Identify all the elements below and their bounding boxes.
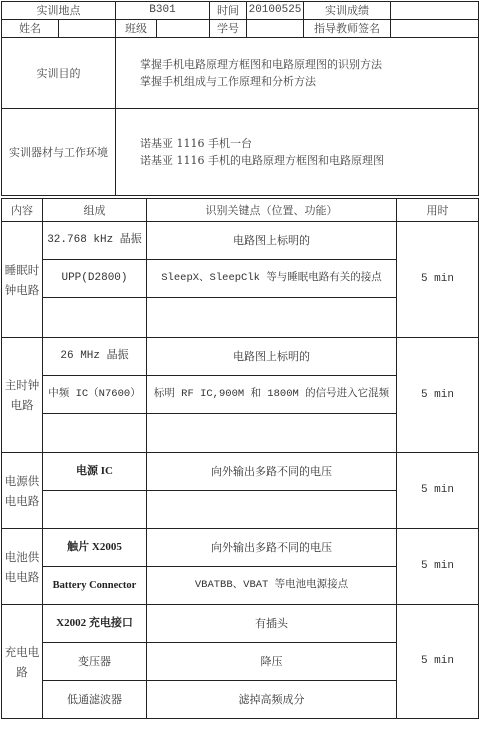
duration-cell: 5 min xyxy=(397,453,479,529)
component-cell[interactable] xyxy=(43,298,147,338)
circuit-identification-table: 内容 组成 识别关键点（位置、功能） 用时 睡眠时 钟电路 32.768 kHz… xyxy=(1,198,479,719)
table-row: 充电电 路 X2002 充电接口 有插头 5 min xyxy=(2,605,479,643)
table-header-row: 内容 组成 识别关键点（位置、功能） 用时 xyxy=(2,199,479,222)
info-row-2: 姓名 班级 学号 指导教师签名 xyxy=(2,20,479,38)
component-cell: 低通滤波器 xyxy=(43,681,147,719)
duration-cell: 5 min xyxy=(397,605,479,719)
equipment-content: 诺基亚 1116 手机一台 诺基亚 1116 手机的电路原理方框图和电路原理图 xyxy=(116,109,479,196)
teacher-sign-value[interactable] xyxy=(391,20,479,38)
component-cell: Battery Connector xyxy=(43,567,147,605)
score-value[interactable] xyxy=(391,2,479,20)
column-header-key-point: 识别关键点（位置、功能） xyxy=(147,199,397,222)
key-point-cell: 降压 xyxy=(147,643,397,681)
equipment-line: 诺基亚 1116 手机一台 xyxy=(140,135,478,152)
class-value[interactable] xyxy=(157,20,210,38)
duration-cell: 5 min xyxy=(397,529,479,605)
key-point-cell: VBATBB、VBAT 等电池电源接点 xyxy=(147,567,397,605)
key-point-cell: 有插头 xyxy=(147,605,397,643)
component-cell: 中频 IC（N7600） xyxy=(43,376,147,414)
component-cell: 26 MHz 晶振 xyxy=(43,338,147,376)
key-point-cell: 向外输出多路不同的电压 xyxy=(147,453,397,491)
key-point-cell[interactable] xyxy=(147,298,397,338)
key-point-cell: 电路图上标明的 xyxy=(147,338,397,376)
time-label: 时间 xyxy=(210,2,247,20)
key-point-cell: 滤掉高频成分 xyxy=(147,681,397,719)
purpose-content: 掌握手机电路原理方框图和电路原理图的识别方法 掌握手机组成与工作原理和分析方法 xyxy=(116,38,479,109)
table-row: 电池供 电电路 触片 X2005 向外输出多路不同的电压 5 min xyxy=(2,529,479,567)
component-cell: 32.768 kHz 晶振 xyxy=(43,222,147,260)
key-point-cell: 电路图上标明的 xyxy=(147,222,397,260)
key-point-cell[interactable] xyxy=(147,414,397,453)
category-battery-supply: 电池供 电电路 xyxy=(2,529,43,605)
component-cell: 变压器 xyxy=(43,643,147,681)
time-value[interactable]: 20100525 xyxy=(247,2,304,20)
category-charging: 充电电 路 xyxy=(2,605,43,719)
teacher-sign-label: 指导教师签名 xyxy=(304,20,391,38)
component-cell[interactable] xyxy=(43,491,147,529)
table-row: 主时钟 电路 26 MHz 晶振 电路图上标明的 5 min xyxy=(2,338,479,376)
score-label: 实训成绩 xyxy=(304,2,391,20)
category-main-clock: 主时钟 电路 xyxy=(2,338,43,453)
equipment-row: 实训器材与工作环境 诺基亚 1116 手机一台 诺基亚 1116 手机的电路原理… xyxy=(2,109,479,196)
duration-cell: 5 min xyxy=(397,222,479,338)
purpose-row: 实训目的 掌握手机电路原理方框图和电路原理图的识别方法 掌握手机组成与工作原理和… xyxy=(2,38,479,109)
component-cell[interactable] xyxy=(43,414,147,453)
component-cell: 电源 IC xyxy=(43,453,147,491)
training-info-table: 实训地点 B301 时间 20100525 实训成绩 姓名 班级 学号 指导教师… xyxy=(1,1,479,196)
purpose-label: 实训目的 xyxy=(2,38,116,109)
table-row: 睡眠时 钟电路 32.768 kHz 晶振 电路图上标明的 5 min xyxy=(2,222,479,260)
column-header-duration: 用时 xyxy=(397,199,479,222)
key-point-cell: SleepX、SleepClk 等与睡眠电路有关的接点 xyxy=(147,260,397,298)
info-row-1: 实训地点 B301 时间 20100525 实训成绩 xyxy=(2,2,479,20)
name-label: 姓名 xyxy=(2,20,59,38)
column-header-content: 内容 xyxy=(2,199,43,222)
component-cell: 触片 X2005 xyxy=(43,529,147,567)
component-cell: X2002 充电接口 xyxy=(43,605,147,643)
student-id-value[interactable] xyxy=(247,20,304,38)
category-power-supply: 电源供 电电路 xyxy=(2,453,43,529)
location-value[interactable]: B301 xyxy=(116,2,210,20)
duration-cell: 5 min xyxy=(397,338,479,453)
table-row: 电源供 电电路 电源 IC 向外输出多路不同的电压 5 min xyxy=(2,453,479,491)
equipment-line: 诺基亚 1116 手机的电路原理方框图和电路原理图 xyxy=(140,152,478,169)
purpose-line: 掌握手机组成与工作原理和分析方法 xyxy=(140,73,478,90)
column-header-component: 组成 xyxy=(43,199,147,222)
purpose-line: 掌握手机电路原理方框图和电路原理图的识别方法 xyxy=(140,56,478,73)
key-point-cell: 标明 RF IC,900M 和 1800M 的信号进入它混频 xyxy=(147,376,397,414)
equipment-label: 实训器材与工作环境 xyxy=(2,109,116,196)
name-value[interactable] xyxy=(59,20,116,38)
location-label: 实训地点 xyxy=(2,2,116,20)
category-sleep-clock: 睡眠时 钟电路 xyxy=(2,222,43,338)
key-point-cell[interactable] xyxy=(147,491,397,529)
component-cell: UPP(D2800) xyxy=(43,260,147,298)
class-label: 班级 xyxy=(116,20,157,38)
student-id-label: 学号 xyxy=(210,20,247,38)
key-point-cell: 向外输出多路不同的电压 xyxy=(147,529,397,567)
